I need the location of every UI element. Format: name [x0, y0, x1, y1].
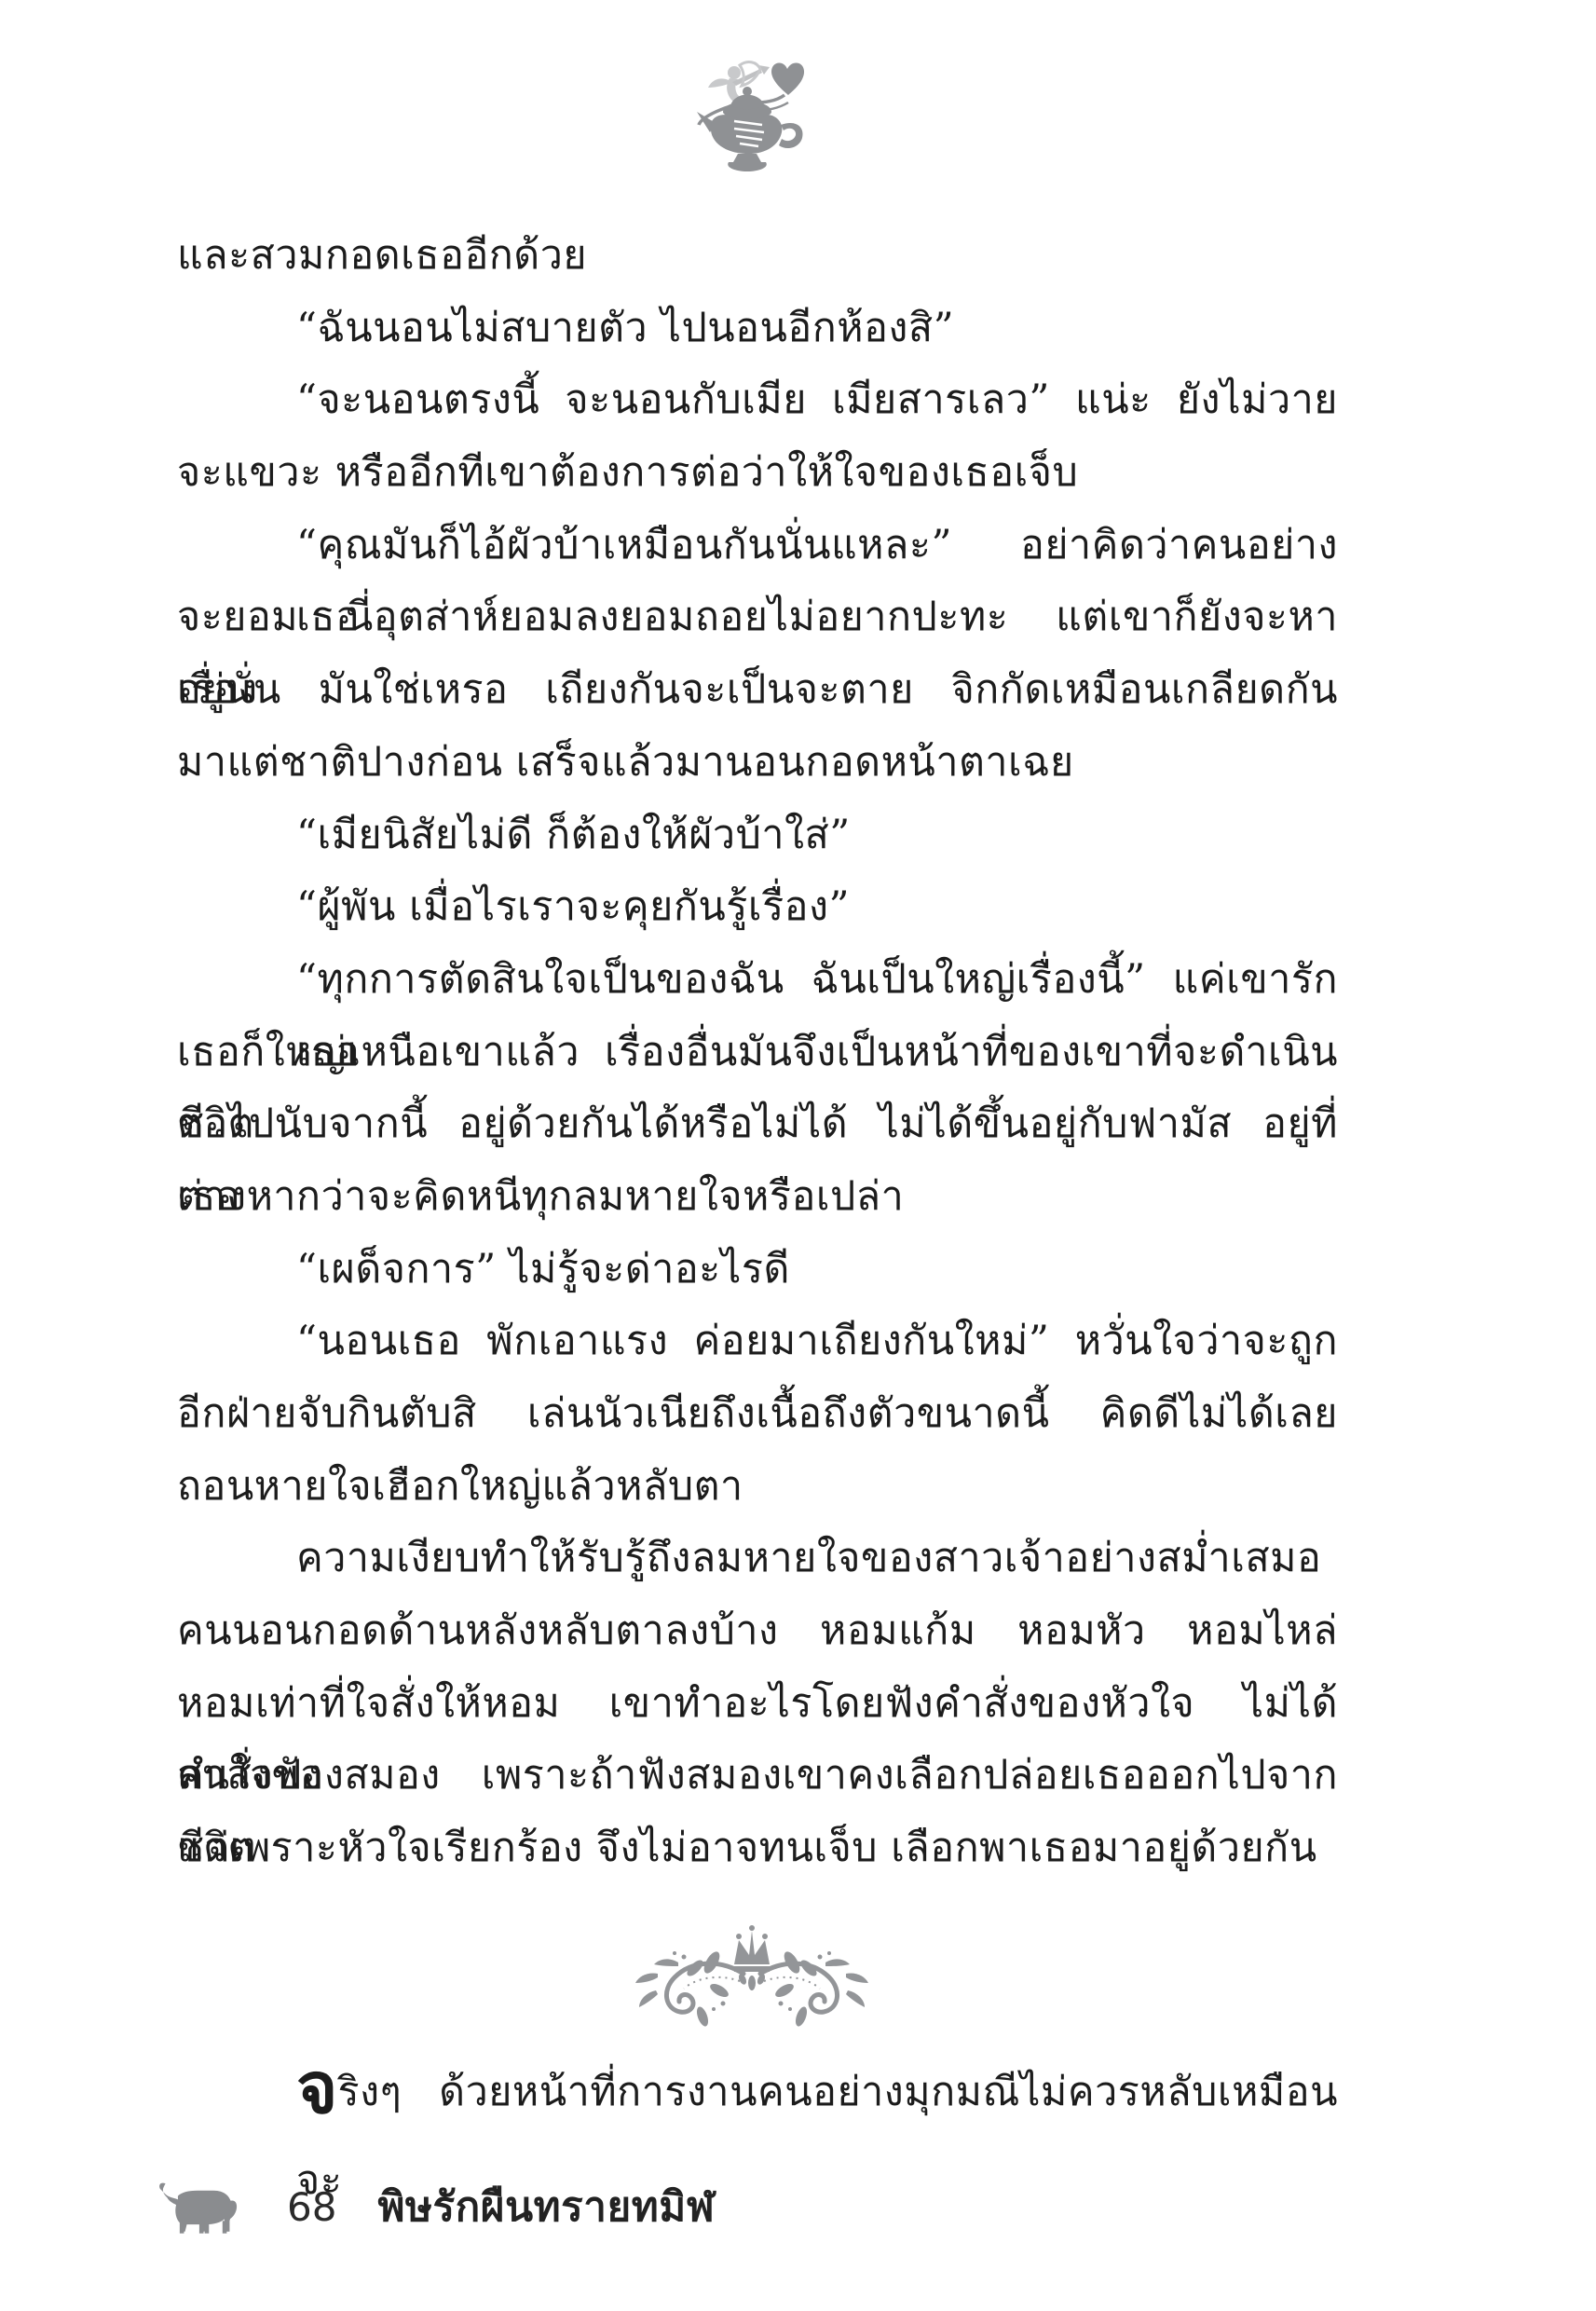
- genie-lamp-icon: [691, 54, 814, 175]
- crown-divider-icon: [630, 1925, 874, 2037]
- text-line: “จะนอนตรงนี้ จะนอนกับเมีย เมียสารเลว” แน…: [177, 364, 1338, 437]
- text-line: จะแขวะ หรืออีกทีเขาต้องการต่อว่าให้ใจของ…: [177, 437, 1338, 510]
- horse-icon: [157, 2176, 239, 2237]
- text-line: “เผด็จการ” ไม่รู้จะด่าอะไรดี: [177, 1234, 1338, 1306]
- text-line: “ทุกการตัดสินใจเป็นของฉัน ฉันเป็นใหญ่เรื…: [177, 944, 1338, 1017]
- crown-flourish-divider: [630, 1925, 874, 2037]
- text-line: เธอก็ใหญ่เหนือเขาแล้ว เรื่องอื่นมันจึงเป…: [177, 1017, 1338, 1089]
- text-line: อยู่นั่น มันใช่เหรอ เถียงกันจะเป็นจะตาย …: [177, 654, 1338, 727]
- text-line: คำสั่งของสมอง เพราะถ้าฟังสมองเขาคงเลือกป…: [177, 1740, 1338, 1812]
- genie-lamp-cupid-heart-ornament: [691, 54, 814, 175]
- text-line: “นอนเธอ พักเอาแรง ค่อยมาเถียงกันใหม่” หว…: [177, 1306, 1338, 1378]
- page-footer: 68 พิษรักผืนทรายทมิฬ: [157, 2169, 715, 2244]
- page-number: 68: [287, 2184, 336, 2230]
- drop-cap: จ: [296, 2046, 338, 2129]
- text-line: “คุณมันก็ไอ้ผัวบ้าเหมือนกันนั่นแหละ” อย่…: [177, 510, 1338, 582]
- text-line: อีกฝ่ายจับกินตับสิ เล่นนัวเนียถึงเนื้อถึ…: [177, 1378, 1338, 1451]
- text-line: “เมียนิสัยไม่ดี ก็ต้องให้ผัวบ้าใส่”: [177, 800, 1338, 872]
- page-text: และสวมกอดเธออีกด้วย“ฉันนอนไม่สบายตัว ไปน…: [177, 220, 1338, 1885]
- text-line: ถอนหายใจเฮือกใหญ่แล้วหลับตา: [177, 1451, 1338, 1524]
- text-line: และสวมกอดเธออีกด้วย: [177, 220, 1338, 293]
- text-line: มาแต่ชาติปางก่อน เสร็จแล้วมานอนกอดหน้าตา…: [177, 727, 1338, 800]
- book-page: และสวมกอดเธออีกด้วย“ฉันนอนไม่สบายตัว ไปน…: [0, 0, 1596, 2311]
- text-line: ความเงียบทำให้รับรู้ถึงลมหายใจของสาวเจ้า…: [177, 1523, 1338, 1595]
- book-title: พิษรักผืนทรายทมิฬ: [377, 2174, 715, 2239]
- text-line: ต่อไปนับจากนี้ อยู่ด้วยกันได้หรือไม่ได้ …: [177, 1088, 1338, 1161]
- text-line: หอมเท่าที่ใจสั่งให้หอม เขาทำอะไรโดยฟังคำ…: [177, 1668, 1338, 1741]
- text-line: “ผู้พัน เมื่อไรเราจะคุยกันรู้เรื่อง”: [177, 871, 1338, 944]
- text-line: จะยอม นี่อุตส่าห์ยอมลงยอมถอยไม่อยากปะทะ …: [177, 581, 1338, 654]
- text-line: “ฉันนอนไม่สบายตัว ไปนอนอีกห้องสิ”: [177, 293, 1338, 365]
- text-line: แต่เพราะหัวใจเรียกร้อง จึงไม่อาจทนเจ็บ เ…: [177, 1812, 1338, 1885]
- text-line: ต่างหากว่าจะคิดหนีทุกลมหายใจหรือเปล่า: [177, 1161, 1338, 1234]
- text-line: คนนอนกอดด้านหลังหลับตาลงบ้าง หอมแก้ม หอม…: [177, 1595, 1338, 1668]
